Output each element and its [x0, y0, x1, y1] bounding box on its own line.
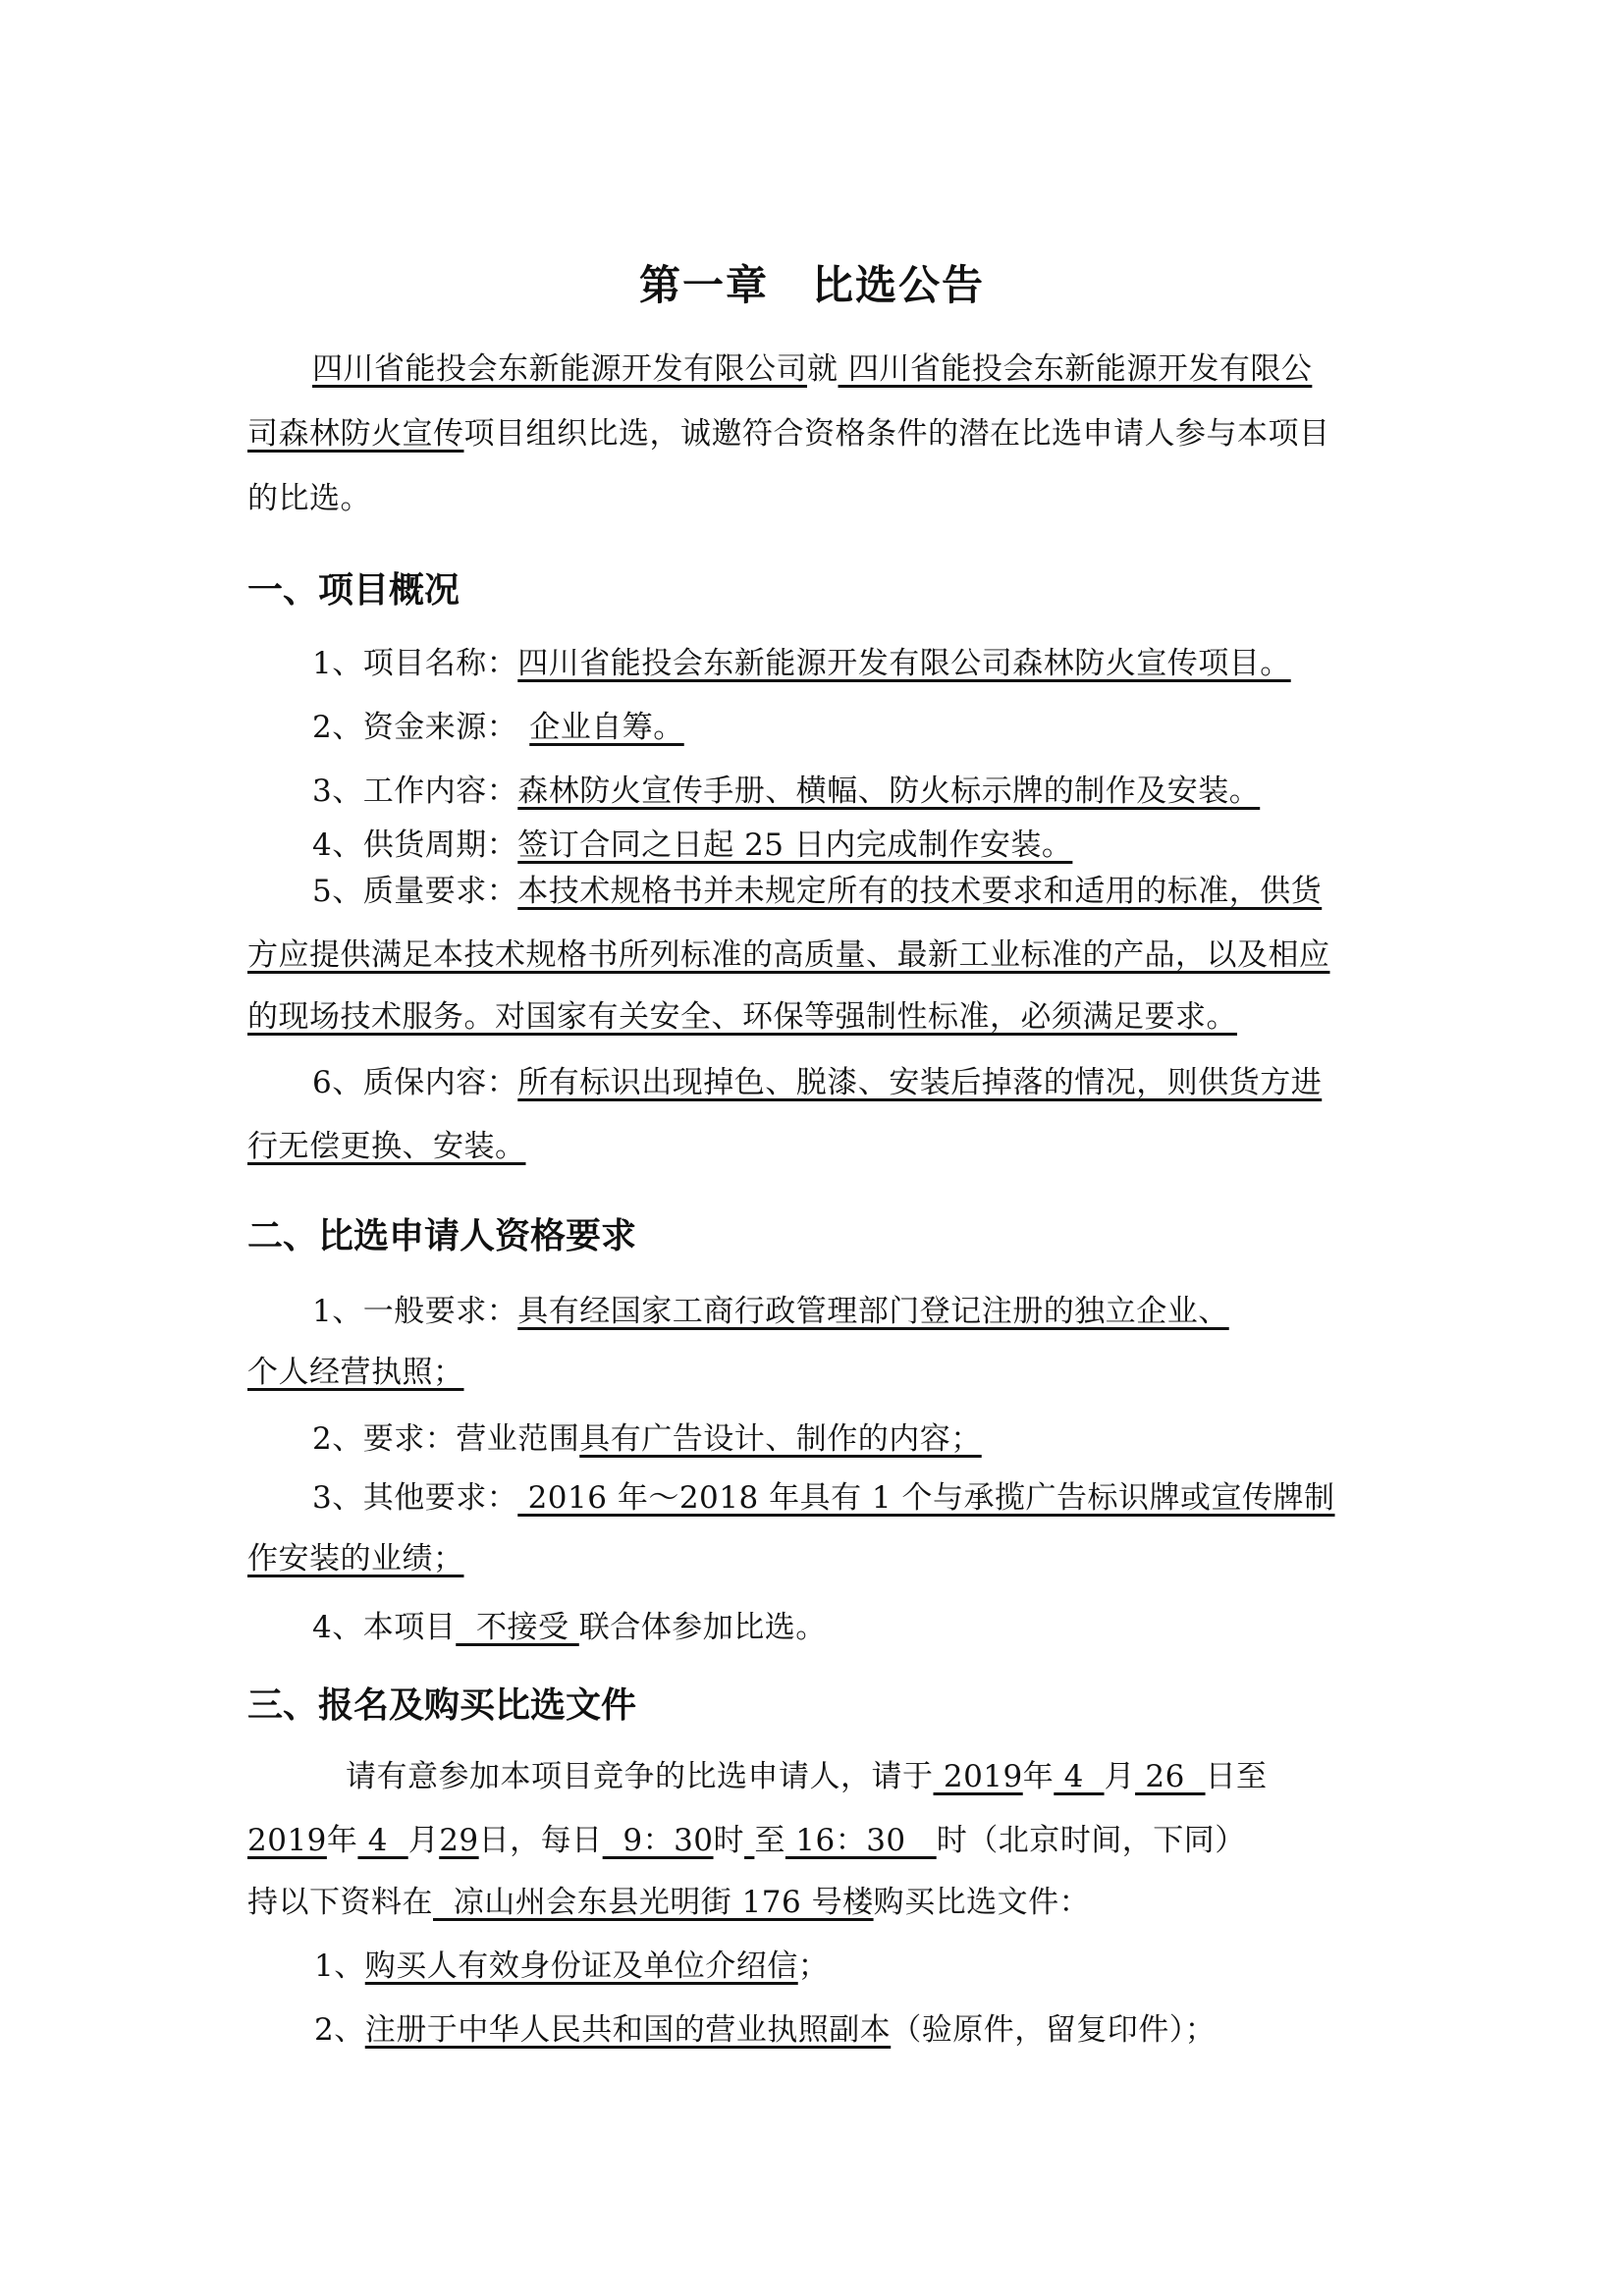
item-value: 签订合同之日起 25 日内完成制作安装。 [517, 828, 1072, 863]
start-time: 9：30 [603, 1823, 714, 1858]
s2-item-3-line-2: 作安装的业绩； [247, 1539, 464, 1578]
item-value: 所有标识出现掉色、脱漆、安装后掉落的情况，则供货方进 [517, 1065, 1322, 1100]
section-2-heading: 二、比选申请人资格要求 [247, 1215, 636, 1258]
item-label: 2、要求： [312, 1421, 456, 1457]
s1-item-1: 1、项目名称：四川省能投会东新能源开发有限公司森林防火宣传项目。 [312, 644, 1291, 683]
to-char: 至 [754, 1823, 785, 1858]
intro-line-2: 司森林防火宣传项目组织比选，诚邀符合资格条件的潜在比选申请人参与本项目 [247, 414, 1330, 454]
s3-para-line-1: 请有意参加本项目竞争的比选申请人，请于 2019年 4 月 26 日至 [346, 1757, 1268, 1796]
start-year: 2019 [934, 1759, 1023, 1794]
s1-item-5-line-1: 5、质量要求：本技术规格书并未规定所有的技术要求和适用的标准，供货 [312, 872, 1322, 911]
end-day: 29 [439, 1823, 478, 1858]
month-char: 月 [408, 1823, 440, 1858]
item-value: 行无偿更换、安装。 [247, 1129, 526, 1164]
end-time: 16：30 [785, 1823, 937, 1858]
item-label: 5、质量要求： [312, 874, 517, 909]
chapter-title: 第一章比选公告 [0, 253, 1624, 312]
s2-item-1-line-1: 1、一般要求：具有经国家工商行政管理部门登记注册的独立企业、 [312, 1292, 1229, 1331]
location-lead: 持以下资料在 [247, 1885, 433, 1920]
s2-item-2: 2、要求：营业范围具有广告设计、制作的内容； [312, 1419, 982, 1459]
para-lead: 请有意参加本项目竞争的比选申请人，请于 [346, 1759, 934, 1794]
list-value: 注册于中华人民共和国的营业执照副本 [365, 2012, 892, 2048]
section-1-heading: 一、项目概况 [247, 569, 460, 613]
s1-item-6-line-2: 行无偿更换、安装。 [247, 1127, 526, 1166]
intro-text-end: 的比选。 [247, 481, 371, 516]
item-value: 四川省能投会东新能源开发有限公司森林防火宣传项目。 [517, 646, 1291, 681]
consortium-acceptance: 不接受 [456, 1610, 579, 1645]
list-num: 2、 [314, 2012, 365, 2048]
connector-text: 就 [807, 351, 839, 387]
location-tail: 购买比选文件： [874, 1885, 1091, 1920]
section-3-heading: 三、报名及购买比选文件 [247, 1684, 636, 1728]
intro-text: 项目组织比选，诚邀符合资格条件的潜在比选申请人参与本项目 [464, 416, 1330, 452]
item-value: 个人经营执照； [247, 1355, 464, 1390]
end-month: 4 [357, 1823, 407, 1858]
s3-list-item-2: 2、注册于中华人民共和国的营业执照副本（验原件，留复印件）； [314, 2010, 1216, 2050]
item-label: 2、资金来源： [312, 710, 517, 745]
s1-item-5-line-2: 方应提供满足本技术规格书所列标准的高质量、最新工业标准的产品，以及相应 [247, 935, 1330, 975]
item-prefix: 营业范围 [456, 1421, 579, 1457]
item-value: 的现场技术服务。对国家有关安全、环保等强制性标准，必须满足要求。 [247, 999, 1237, 1035]
project-name-part-1: 四川省能投会东新能源开发有限公 [839, 351, 1313, 387]
item-label: 3、其他要求： [312, 1480, 517, 1516]
item-value: 具有经国家工商行政管理部门登记注册的独立企业、 [517, 1294, 1229, 1329]
item-label: 3、工作内容： [312, 774, 517, 809]
daily-text: 日，每日 [479, 1823, 603, 1858]
item-label: 1、一般要求： [312, 1294, 517, 1329]
s1-item-2: 2、资金来源：企业自筹。 [312, 708, 684, 747]
item-value: 2016 年～2018 年具有 1 个与承揽广告标识牌或宣传牌制 [517, 1480, 1334, 1516]
s1-item-4: 4、供货周期：签订合同之日起 25 日内完成制作安装。 [312, 826, 1072, 865]
end-year: 2019 [247, 1823, 327, 1858]
month-char: 月 [1105, 1759, 1136, 1794]
list-value: 购买人有效身份证及单位介绍信 [365, 1949, 798, 1984]
item-value: 企业自筹。 [529, 710, 684, 745]
item-label: 6、质保内容： [312, 1065, 517, 1100]
chapter-name: 比选公告 [812, 261, 985, 309]
year-char: 年 [1023, 1759, 1055, 1794]
item-value: 本技术规格书并未规定所有的技术要求和适用的标准，供货 [517, 874, 1322, 909]
list-suffix: ； [798, 1949, 830, 1984]
s2-item-3-line-1: 3、其他要求： 2016 年～2018 年具有 1 个与承揽广告标识牌或宣传牌制 [312, 1478, 1335, 1518]
item-value: 方应提供满足本技术规格书所列标准的高质量、最新工业标准的产品，以及相应 [247, 937, 1330, 973]
item-label: 4、本项目 [312, 1610, 456, 1645]
timezone-note: 时（北京时间，下同） [937, 1823, 1246, 1858]
intro-line-3: 的比选。 [247, 479, 371, 518]
start-month: 4 [1054, 1759, 1104, 1794]
issuer-name: 四川省能投会东新能源开发有限公司 [312, 351, 807, 387]
purchase-location: 凉山州会东县光明街 176 号楼 [433, 1885, 874, 1920]
s2-item-4: 4、本项目 不接受 联合体参加比选。 [312, 1608, 827, 1647]
s3-para-line-3: 持以下资料在 凉山州会东县光明街 176 号楼购买比选文件： [247, 1883, 1090, 1922]
year-char: 年 [327, 1823, 358, 1858]
project-name-part-2: 司森林防火宣传 [247, 416, 464, 452]
item-value: 森林防火宣传手册、横幅、防火标示牌的制作及安装。 [517, 774, 1260, 809]
list-suffix: （验原件，留复印件）； [891, 2012, 1216, 2048]
item-value: 作安装的业绩； [247, 1541, 464, 1576]
s1-item-3: 3、工作内容：森林防火宣传手册、横幅、防火标示牌的制作及安装。 [312, 772, 1260, 811]
hour-char: 时 [714, 1823, 745, 1858]
start-day: 26 [1135, 1759, 1206, 1794]
s1-item-5-line-3: 的现场技术服务。对国家有关安全、环保等强制性标准，必须满足要求。 [247, 997, 1237, 1037]
s3-list-item-1: 1、购买人有效身份证及单位介绍信； [314, 1947, 829, 1986]
s2-item-1-line-2: 个人经营执照； [247, 1353, 464, 1392]
chapter-number: 第一章 [639, 261, 769, 309]
item-value: 具有广告设计、制作的内容； [579, 1421, 982, 1457]
intro-line-1: 四川省能投会东新能源开发有限公司就 四川省能投会东新能源开发有限公 [312, 349, 1312, 389]
item-suffix: 联合体参加比选。 [579, 1610, 827, 1645]
item-label: 1、项目名称： [312, 646, 517, 681]
day-to: 日至 [1206, 1759, 1268, 1794]
list-num: 1、 [314, 1949, 365, 1984]
item-label: 4、供货周期： [312, 828, 517, 863]
s3-para-line-2: 2019年 4 月29日，每日 9：30时 至 16：30 时（北京时间，下同） [247, 1821, 1246, 1860]
s1-item-6-line-1: 6、质保内容：所有标识出现掉色、脱漆、安装后掉落的情况，则供货方进 [312, 1063, 1322, 1102]
